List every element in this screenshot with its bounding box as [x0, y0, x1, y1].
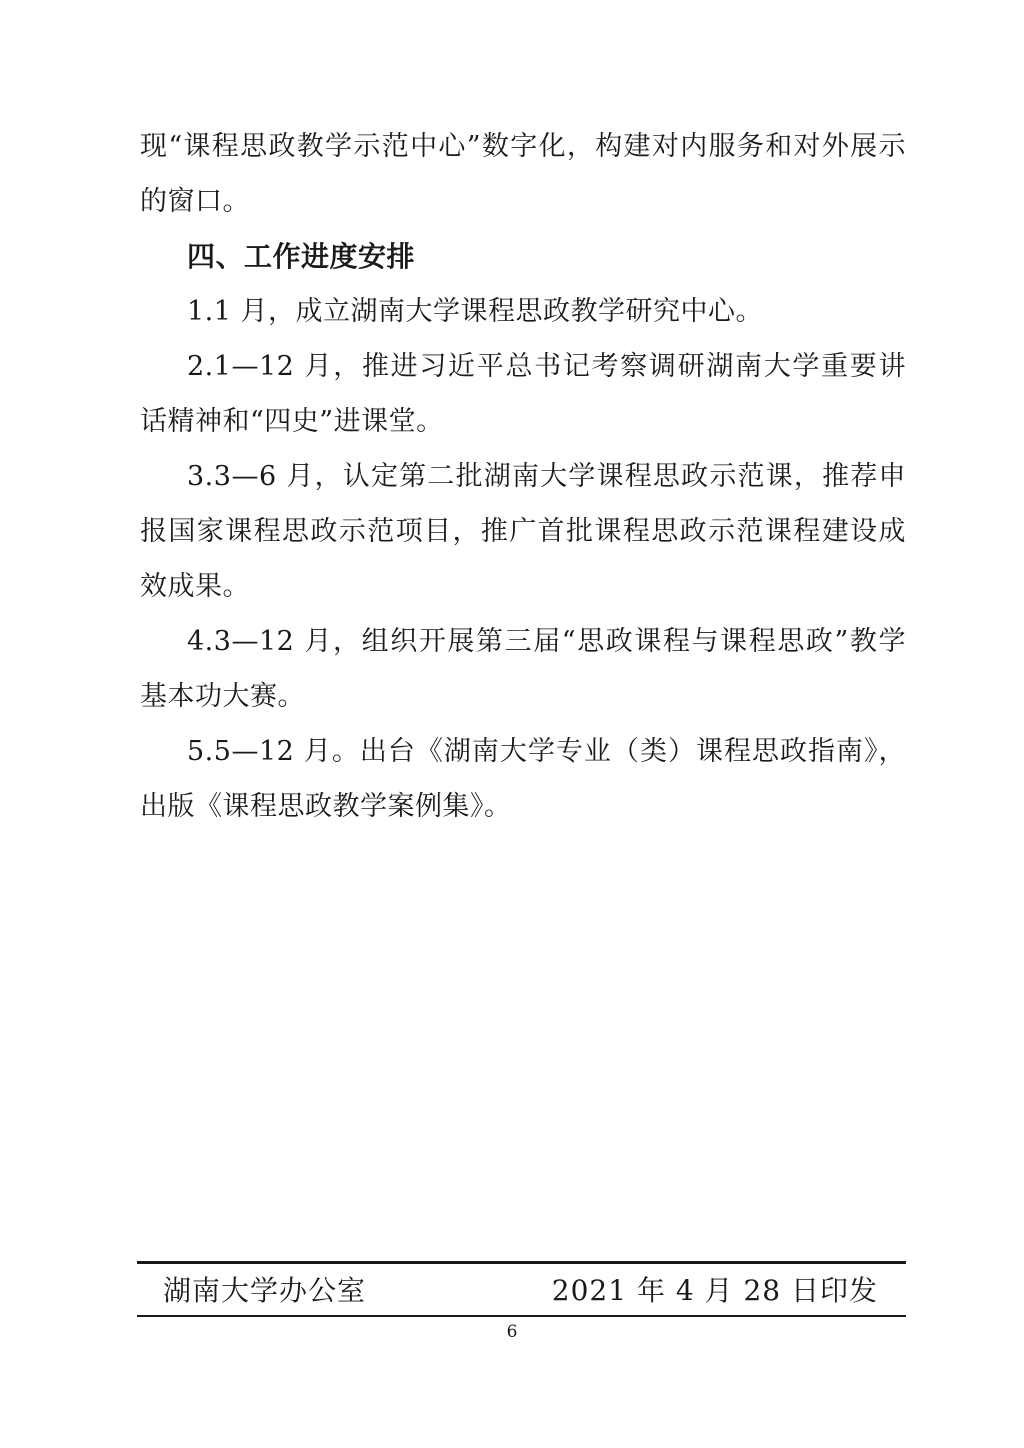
footer-row: 湖南大学办公室 2021 年 4 月 28 日印发 — [137, 1263, 906, 1315]
document-page: 现“课程思政教学示范中心”数字化，构建对内服务和对外展示的窗口。 四、工作进度安… — [0, 0, 1024, 1448]
footer-issuer: 湖南大学办公室 — [163, 1269, 366, 1309]
schedule-item-2: 2.1—12 月，推进习近平总书记考察调研湖南大学重要讲话精神和“四史”进课堂。 — [140, 339, 906, 449]
section-heading: 四、工作进度安排 — [140, 229, 906, 284]
footer-rule-bottom — [137, 1315, 906, 1317]
schedule-item-3: 3.3—6 月，认定第二批湖南大学课程思政示范课，推荐申报国家课程思政示范项目，… — [140, 449, 906, 614]
page-number: 6 — [0, 1322, 1024, 1342]
schedule-item-1: 1.1 月，成立湖南大学课程思政教学研究中心。 — [140, 284, 906, 339]
intro-paragraph: 现“课程思政教学示范中心”数字化，构建对内服务和对外展示的窗口。 — [140, 119, 906, 229]
schedule-item-5: 5.5—12 月。出台《湖南大学专业（类）课程思政指南》，出版《课程思政教学案例… — [140, 724, 906, 834]
document-body: 现“课程思政教学示范中心”数字化，构建对内服务和对外展示的窗口。 四、工作进度安… — [140, 119, 906, 834]
footer-print-date: 2021 年 4 月 28 日印发 — [552, 1269, 878, 1309]
schedule-item-4: 4.3—12 月，组织开展第三届“思政课程与课程思政”教学基本功大赛。 — [140, 614, 906, 724]
